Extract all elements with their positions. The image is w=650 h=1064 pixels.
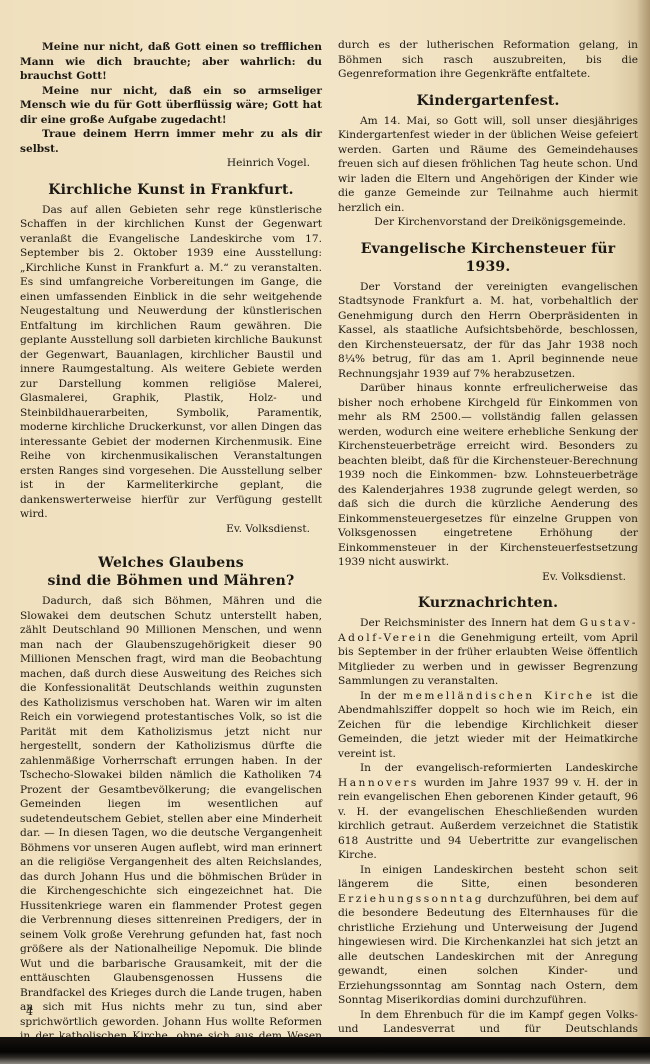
article-source: Ev. Volksdienst.: [20, 522, 322, 537]
emphasis: Hannovers: [338, 777, 419, 789]
text: In einigen Landeskirchen besteht schon s…: [338, 864, 638, 891]
article-continuation: durch es der lutherischen Reformation ge…: [338, 38, 638, 82]
quote-paragraph: Meine nur nicht, daß Gott einen so treff…: [20, 40, 322, 84]
news-item: In einigen Landeskirchen besteht schon s…: [338, 863, 638, 1008]
article-signature: Der Kirchenvorstand der Dreikönigsgemein…: [338, 215, 638, 230]
left-column: Meine nur nicht, daß Gott einen so treff…: [20, 40, 322, 1058]
article-title-line2: sind die Böhmen und Mähren?: [48, 573, 295, 589]
article-title: Kirchliche Kunst in Frankfurt.: [20, 181, 322, 199]
article-body: Am 14. Mai, so Gott will, soll unser die…: [338, 114, 638, 216]
quote-block: Meine nur nicht, daß Gott einen so treff…: [20, 40, 322, 171]
article-paragraph: Darüber hinaus konnte erfreulicherweise …: [338, 381, 638, 570]
quote-author: Heinrich Vogel.: [20, 156, 322, 171]
quote-paragraph: Traue deinem Herrn immer mehr zu als dir…: [20, 127, 322, 156]
text: In der evangelisch-reformierten Landeski…: [360, 762, 638, 774]
article-source: Ev. Volksdienst.: [338, 570, 638, 585]
text: durchzuführen, bei dem auf die besondere…: [338, 893, 638, 1007]
text: In der: [360, 690, 403, 702]
page-number: 4: [26, 1005, 33, 1018]
text: Der Reichsminister des Innern hat dem: [360, 617, 580, 629]
quote-paragraph: Meine nur nicht, daß ein so armseliger M…: [20, 84, 322, 128]
article-kirchensteuer: Evangelische Kirchensteuer für 1939. Der…: [338, 240, 638, 585]
article-title: Welches Glaubens sind die Böhmen und Mäh…: [20, 554, 322, 590]
article-title-line1: Welches Glaubens: [98, 555, 244, 571]
article-kirchliche-kunst: Kirchliche Kunst in Frankfurt. Das auf a…: [20, 181, 322, 537]
article-kurznachrichten: Kurznachrichten. Der Reichsminister des …: [338, 594, 638, 1051]
emphasis: memelländischen Kirche: [403, 690, 594, 702]
news-item: In der memelländischen Kirche ist die Ab…: [338, 689, 638, 762]
article-glaubens: Welches Glaubens sind die Böhmen und Mäh…: [20, 554, 322, 1058]
article-kindergartenfest: Kindergartenfest. Am 14. Mai, so Gott wi…: [338, 92, 638, 230]
news-item: In der evangelisch-reformierten Landeski…: [338, 761, 638, 863]
article-title: Kindergartenfest.: [338, 92, 638, 110]
article-body: Das auf allen Gebieten sehr rege künstle…: [20, 203, 322, 522]
magazine-page: Meine nur nicht, daß Gott einen so treff…: [0, 0, 650, 1037]
article-title: Evangelische Kirchensteuer für 1939.: [338, 240, 638, 276]
news-item: Der Reichsminister des Innern hat dem Gu…: [338, 616, 638, 689]
text: wurden im Jahre 1937 99 v. H. der in rei…: [338, 777, 638, 862]
page-bottom-edge: [0, 1037, 650, 1064]
article-title: Kurznachrichten.: [338, 594, 638, 612]
right-column: durch es der lutherischen Reformation ge…: [338, 38, 638, 1051]
article-body: Dadurch, daß sich Böhmen, Mähren und die…: [20, 594, 322, 1058]
emphasis: Erziehungssonntag: [338, 893, 484, 905]
article-paragraph: Der Vorstand der vereinigten evangelisch…: [338, 280, 638, 382]
